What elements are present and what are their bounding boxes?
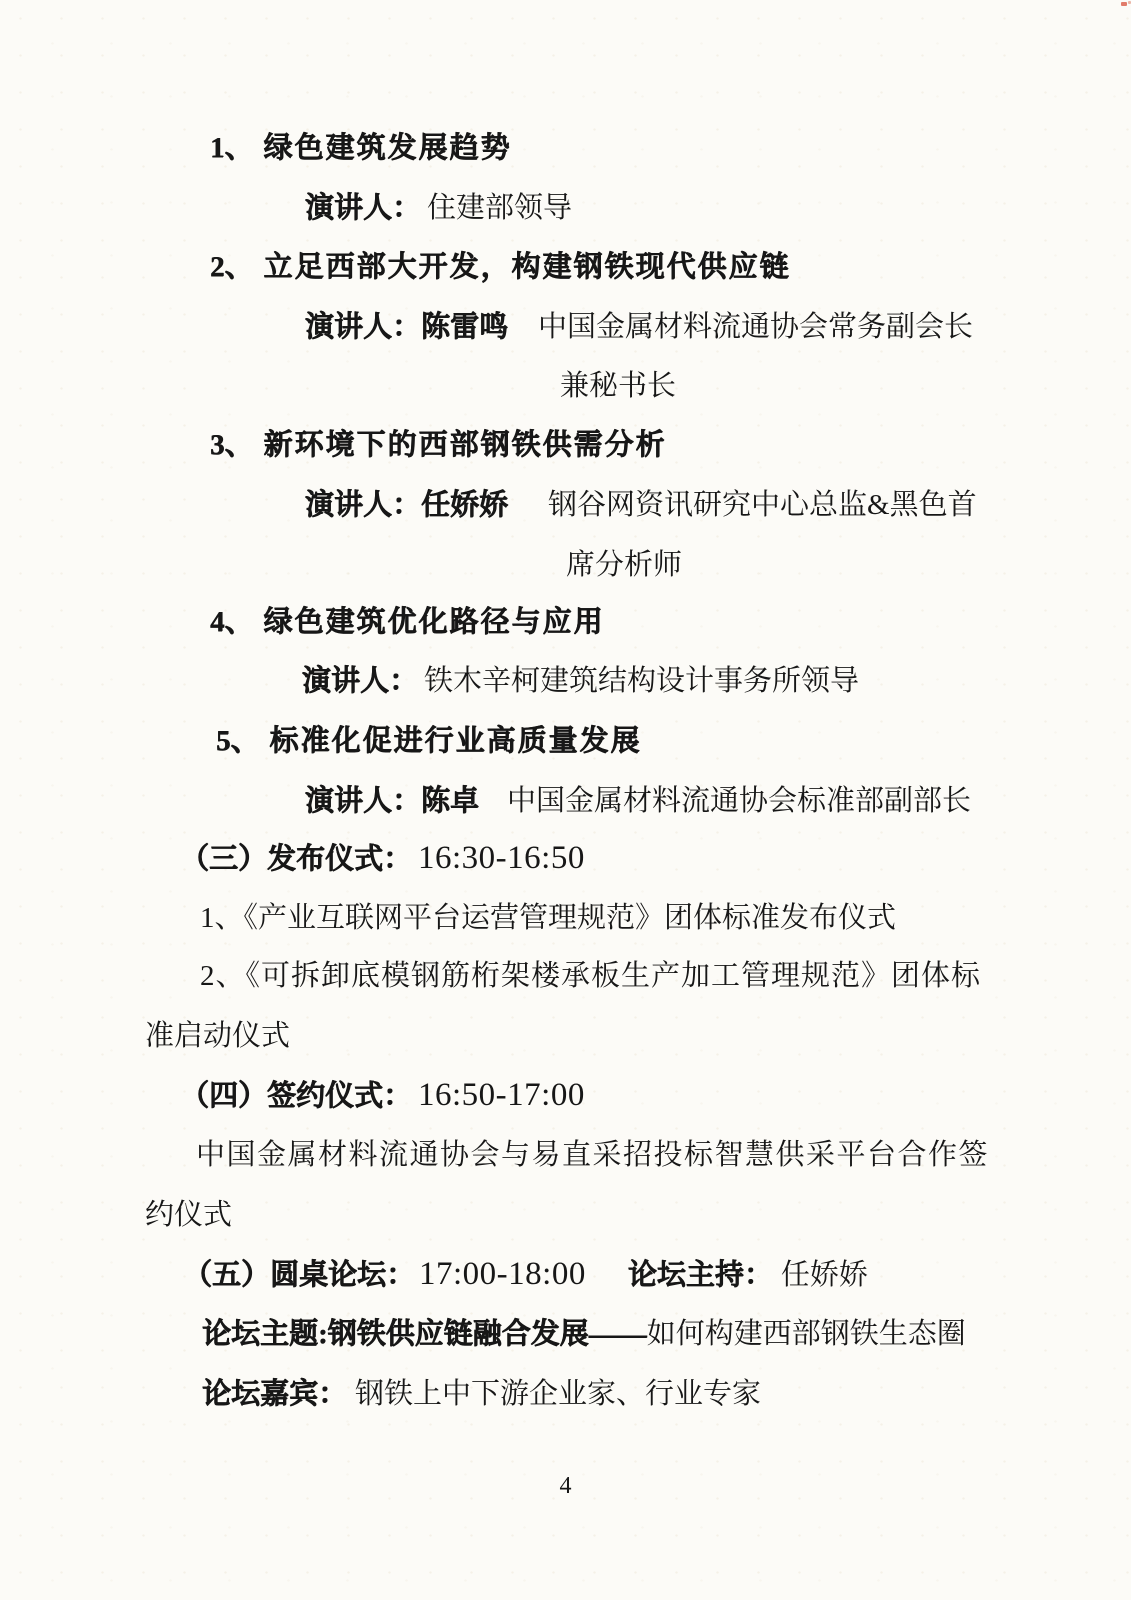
signing-desc-line-1: 中国金属材料流通协会与易直采招投标智慧供采平台合作签	[196, 1138, 989, 1172]
talk-2-affiliation-cont-line: 兼秘书长	[560, 369, 676, 403]
section-signing-heading: （四）签约仪式：16:50-17:00	[180, 1078, 585, 1113]
speaker-label: 演讲人：	[302, 665, 418, 697]
speaker-name: 住建部领导	[427, 192, 572, 224]
talk-2-title-line: 2、立足西部大开发，构建钢铁现代供应链	[210, 250, 791, 284]
speaker-affiliation-cont: 席分析师	[566, 549, 682, 581]
release-item-2-line-2: 准启动仪式	[145, 1019, 290, 1053]
talk-title: 立足西部大开发，构建钢铁现代供应链	[264, 251, 791, 283]
talk-5-speaker-line: 演讲人：陈卓中国金属材料流通协会标准部副部长	[305, 784, 971, 818]
section-time: 17:00-18:00	[419, 1256, 586, 1292]
speaker-label: 演讲人：	[305, 785, 421, 817]
topic-bold-text: 钢铁供应链融合发展——	[328, 1318, 647, 1350]
roundtable-topic-line: 论坛主题:钢铁供应链融合发展——如何构建西部钢铁生态圈	[202, 1317, 966, 1351]
topic-rest-text: 如何构建西部钢铁生态圈	[647, 1318, 966, 1350]
talk-3-speaker-line: 演讲人：任娇娇钢谷网资讯研究中心总监&黑色首	[305, 488, 977, 522]
page-number: 4	[0, 1473, 1131, 1500]
speaker-name: 任娇娇	[421, 489, 508, 521]
talk-3-affiliation-cont-line: 席分析师	[566, 548, 682, 582]
section-label: （五）圆桌论坛：	[183, 1259, 415, 1291]
signing-desc-text: 中国金属材料流通协会与易直采招投标智慧供采平台合作签	[196, 1139, 989, 1171]
speaker-label: 演讲人：	[305, 489, 421, 521]
talk-1-title-line: 1、绿色建筑发展趋势	[210, 131, 512, 165]
speaker-affiliation: 中国金属材料流通协会常务副会长	[538, 311, 973, 343]
talk-title: 绿色建筑发展趋势	[264, 132, 512, 164]
talk-title: 标准化促进行业高质量发展	[270, 725, 642, 757]
roundtable-guests-line: 论坛嘉宾：钢铁上中下游企业家、行业专家	[202, 1377, 761, 1411]
talk-5-title-line: 5、标准化促进行业高质量发展	[216, 724, 642, 758]
talk-number: 2、	[210, 251, 254, 283]
talk-number: 5、	[216, 725, 260, 757]
section-roundtable-heading: （五）圆桌论坛：17:00-18:00论坛主持：任娇娇	[183, 1257, 868, 1292]
talk-title: 新环境下的西部钢铁供需分析	[264, 429, 667, 461]
signing-desc-text: 约仪式	[145, 1199, 232, 1231]
talk-4-speaker-line: 演讲人：铁木辛柯建筑结构设计事务所领导	[302, 664, 859, 698]
speaker-affiliation-cont: 兼秘书长	[560, 370, 676, 402]
section-release-heading: （三）发布仪式：16:30-16:50	[180, 841, 585, 876]
release-item-1: 1、《产业互联网平台运营管理规范》团体标准发布仪式	[200, 901, 896, 935]
guests-label: 论坛嘉宾：	[202, 1378, 347, 1410]
speaker-label: 演讲人：	[305, 311, 421, 343]
release-item-2-line-1: 2、《可拆卸底模钢筋桁架楼承板生产加工管理规范》团体标	[200, 959, 981, 993]
scan-artifact-speck	[1121, 2, 1127, 6]
speaker-name: 陈雷鸣	[421, 311, 508, 343]
section-time: 16:30-16:50	[418, 840, 585, 876]
talk-number: 3、	[210, 429, 254, 461]
section-time: 16:50-17:00	[418, 1077, 585, 1113]
release-item-text: 准启动仪式	[145, 1020, 290, 1052]
speaker-affiliation: 钢谷网资讯研究中心总监&黑色首	[548, 489, 977, 521]
section-label: （三）发布仪式：	[180, 843, 412, 875]
signing-desc-line-2: 约仪式	[145, 1198, 232, 1232]
talk-3-title-line: 3、新环境下的西部钢铁供需分析	[210, 428, 667, 462]
talk-1-speaker-line: 演讲人：住建部领导	[305, 191, 572, 225]
speaker-label: 演讲人：	[305, 192, 421, 224]
release-item-text: 1、《产业互联网平台运营管理规范》团体标准发布仪式	[200, 902, 896, 934]
talk-2-speaker-line: 演讲人：陈雷鸣中国金属材料流通协会常务副会长	[305, 310, 973, 344]
speaker-affiliation: 铁木辛柯建筑结构设计事务所领导	[424, 665, 859, 697]
release-item-text: 2、《可拆卸底模钢筋桁架楼承板生产加工管理规范》团体标	[200, 960, 981, 992]
speaker-name: 陈卓	[421, 785, 479, 817]
host-label: 论坛主持：	[628, 1259, 773, 1291]
topic-label: 论坛主题:	[202, 1318, 328, 1350]
speaker-affiliation: 中国金属材料流通协会标准部副部长	[507, 785, 971, 817]
section-label: （四）签约仪式：	[180, 1080, 412, 1112]
host-name: 任娇娇	[781, 1259, 868, 1291]
guests-text: 钢铁上中下游企业家、行业专家	[355, 1378, 761, 1410]
scanned-document-page: 1、绿色建筑发展趋势 演讲人：住建部领导 2、立足西部大开发，构建钢铁现代供应链…	[0, 0, 1131, 1600]
talk-4-title-line: 4、绿色建筑优化路径与应用	[210, 605, 605, 639]
talk-title: 绿色建筑优化路径与应用	[264, 606, 605, 638]
talk-number: 4、	[210, 606, 254, 638]
talk-number: 1、	[210, 132, 254, 164]
